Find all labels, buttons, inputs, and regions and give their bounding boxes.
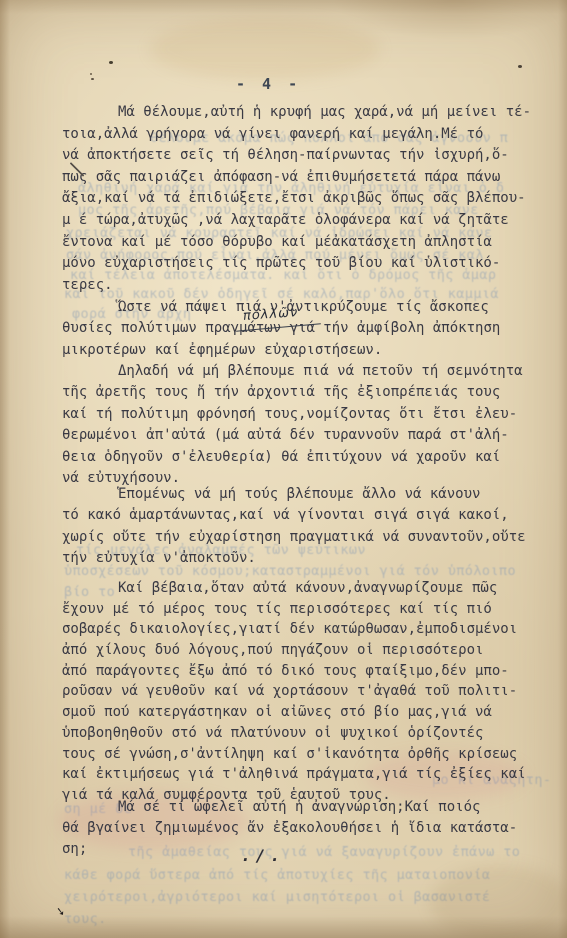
paragraph: Δηλαδή νά μή βλέπουμε πιά νά πετοῦν τή σ… [62, 361, 527, 489]
paragraph: Ὥστε νά πάψει πιά ν'ἀντικρύζουμε τίς ἄσκ… [62, 297, 527, 361]
page-number: - 4 - [236, 75, 301, 93]
text-line: μόνο εὐχαριστήσεις τίς πρῶτες τοῦ βίου κ… [62, 253, 527, 275]
text-line: Ἑπομένως νά μή τούς βλέπουμε ἄλλο νά κάν… [62, 484, 527, 505]
text-line: ὑποβοηθηθοῦν στό νά πλατύνουν οἱ ψυχικοί… [62, 723, 527, 744]
text-line: ἀπό παράγοντες ἔξω ἀπό τό δικό τους φταί… [62, 661, 527, 682]
text-line: ἄξια,καί νά τά ἐπιδιώξετε,ἔτσι ἀκριβῶς ὅ… [62, 188, 527, 210]
text-line: θά βγαίνει ζημιωμένος ἄν ἐξακολουθήσει ἡ… [62, 818, 527, 839]
text-line: καί ἐκτιμήσεως γιά τ'ἀληθινά πράγματα,γι… [62, 764, 527, 785]
text-line: ἔντονα καί μέ τόσο θόρυβο καί μέἀκατάσχε… [62, 232, 527, 254]
text-line: τό κακό ἁμαρτάνωντας,καί νά γίνονται σιγ… [62, 505, 527, 526]
text-line: τῆς ἀρετῆς τους ἤ τήν ἀρχοντιά τῆς ἐξιοπ… [62, 382, 527, 403]
text-line: μ έ τώρα,ἀτυχῶς ,νά λαχταρᾶτε ὁλοφάνερα … [62, 210, 527, 232]
text-line: ση; [62, 839, 527, 860]
text-line: Μά σέ τί ὠφελεῖ αὐτή ἡ ἀναγνώριση;Καί πο… [62, 797, 527, 818]
bleedthrough-line: τους. [64, 911, 107, 927]
ink-dot [90, 73, 92, 75]
ink-dot [91, 78, 94, 80]
text-line: θερωμένοι ἀπ'αὐτά (μά αὐτά δέν τυραννοῦν… [62, 425, 527, 446]
text-line: θεια ὁδηγοῦν σ'ἐλευθερία) θά ἐπιτύχουν ν… [62, 447, 527, 468]
text-line: τήν εὐτυχία ν'ἀποκτοῦν. [62, 548, 527, 569]
text-line: τοια,ἀλλά γρήγορα νά γίνει φανερή καί με… [62, 124, 527, 146]
paragraph: Καί βέβαια,ὅταν αὐτά κάνουν,ἀναγνωρίζουμ… [62, 578, 527, 806]
ink-arrow-mark: ➘ [55, 904, 66, 918]
end-mark: ./. [241, 846, 285, 865]
text-line: Δηλαδή νά μή βλέπουμε πιά νά πετοῦν τή σ… [62, 361, 527, 382]
text-line: σμοῦ πού κατεργάστηκαν οἱ αἰῶνες στό βίο… [62, 702, 527, 723]
text-line: τους σέ γνώση,σ'ἀντίληψη καί σ'ἱκανότητα… [62, 744, 527, 765]
paragraph: Ἑπομένως νά μή τούς βλέπουμε ἄλλο νά κάν… [62, 484, 527, 569]
text-line: μικροτέρων καί ἐφημέρων εὐχαριστήσεων. [62, 340, 527, 361]
ink-dot [109, 61, 113, 64]
text-line: χωρίς οὔτε τήν εὐχαρίστηση πραγματικά νά… [62, 527, 527, 548]
paragraph: Μά θέλουμε,αὐτή ἡ κρυφή μας χαρά,νά μή μ… [62, 102, 527, 296]
text-line: σοβαρές δικαιολογίες,γιατί δέν κατώρθωσα… [62, 619, 527, 640]
text-line: καί τή πολύτιμη φρόνησή τους,νομίζοντας … [62, 404, 527, 425]
bleedthrough-line: χειρότεροι,ἀγριότεροι καί μισητότεροι οἱ… [64, 889, 490, 905]
text-line: πως σᾶς παιριάζει ἀπόφαση-νά ἐπιθυμήσετε… [62, 167, 527, 189]
text-line: ἔχουν μέ τό μέρος τους τίς περισσότερες … [62, 599, 527, 620]
text-line: νά ἀποκτήσετε σεῖς τή θέληση-παίρνωντας … [62, 145, 527, 167]
strikethrough-text: μάτων γιάπολλῶν [239, 318, 315, 339]
bleedthrough-line: κάθε φορά ὕστερα ἀπό τίς ἀποτυχίες τῆς μ… [64, 867, 490, 883]
text-line: Καί βέβαια,ὅταν αὐτά κάνουν,ἀναγνωρίζουμ… [62, 578, 527, 599]
text-line: θυσίες πολύτιμων πραγμάτων γιάπολλῶν τήν… [62, 318, 527, 339]
paper-stain [150, 18, 380, 80]
text-line: ἀπό χίλους δυό λόγους,πού πηγάζουν οἱ πε… [62, 640, 527, 661]
scanned-page: θέλουμε ἀκόμα πώς πολλοί ἀπό σᾶς ἀγνοοῦν… [0, 0, 567, 938]
text-line: τερες. [62, 275, 527, 297]
ink-dot [518, 65, 522, 68]
handwritten-correction: πολλῶν [242, 302, 299, 327]
paragraph: Μά σέ τί ὠφελεῖ αὐτή ἡ ἀναγνώριση;Καί πο… [62, 797, 527, 860]
paper-stain [430, 865, 567, 938]
text-line: Μά θέλουμε,αὐτή ἡ κρυφή μας χαρά,νά μή μ… [62, 102, 527, 124]
text-line: ροῦσαν νά γευθοῦν καί νά χορτάσουν τ'ἀγα… [62, 681, 527, 702]
